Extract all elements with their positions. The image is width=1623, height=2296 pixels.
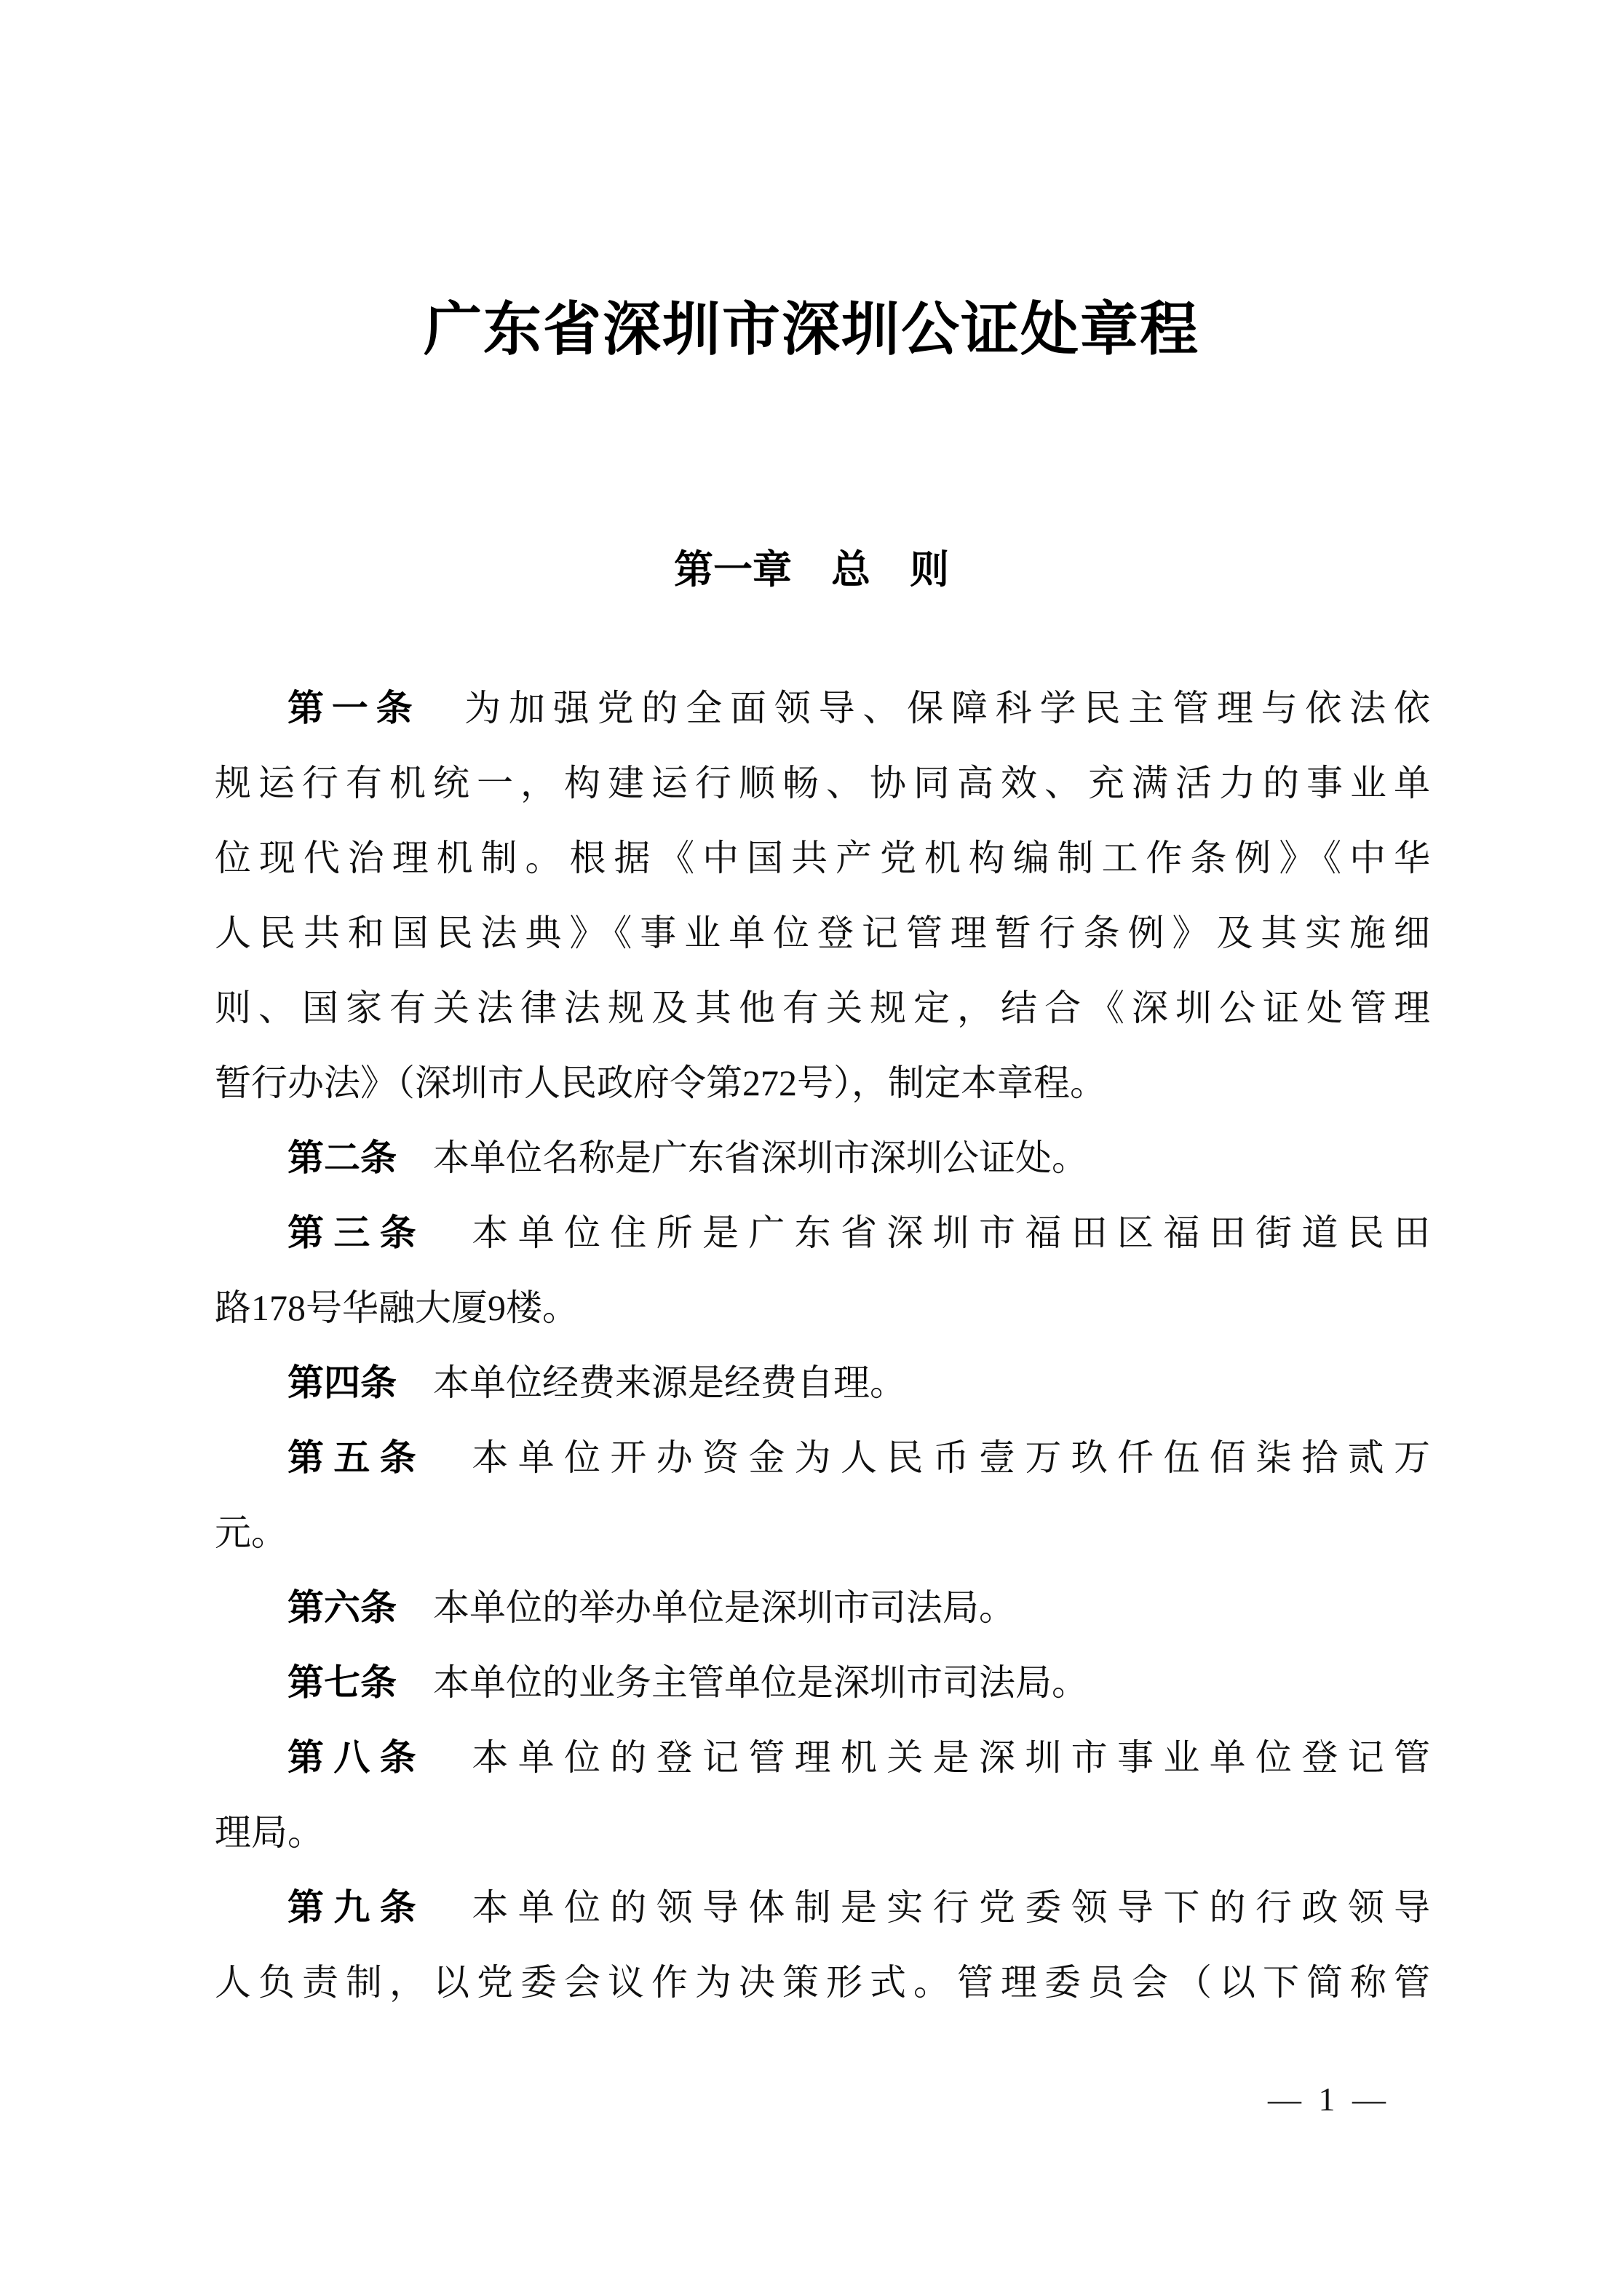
body-line: 则、国家有关法律法规及其他有关规定，结合《深圳公证处管理 — [215, 971, 1430, 1046]
body-line: 第一条为加强党的全面领导、保障科学民主管理与依法依 — [215, 671, 1430, 746]
article-number: 第七条 — [287, 1662, 397, 1703]
body-line: 第七条本单位的业务主管单位是深圳市司法局。 — [215, 1645, 1430, 1720]
body-line: 第八条本单位的登记管理机关是深圳市事业单位登记管 — [215, 1720, 1430, 1795]
article-number: 第三条 — [287, 1212, 426, 1253]
line-text: 本单位的领导体制是实行党委领导下的行政领导 — [462, 1887, 1430, 1928]
body-line: 暂行办法》（深圳市人民政府令第272号），制定本章程。 — [215, 1046, 1430, 1121]
line-text: 本单位的登记管理机关是深圳市事业单位登记管 — [462, 1737, 1430, 1778]
line-text: 位现代治理机制。根据《中国共产党机构编制工作条例》《中华 — [215, 838, 1430, 878]
body-line: 第二条本单位名称是广东省深圳市深圳公证处。 — [215, 1121, 1430, 1196]
body-line: 人负责制，以党委会议作为决策形式。管理委员会（以下简称管 — [215, 1945, 1430, 2020]
body-line: 第九条本单位的领导体制是实行党委领导下的行政领导 — [215, 1870, 1430, 1945]
article-number: 第二条 — [287, 1137, 397, 1178]
line-text: 元。 — [215, 1512, 287, 1553]
body-line: 规运行有机统一，构建运行顺畅、协同高效、充满活力的事业单 — [215, 746, 1430, 821]
body-line: 第四条本单位经费来源是经费自理。 — [215, 1346, 1430, 1421]
page-number: — 1 — — [1268, 2080, 1390, 2118]
article-number: 第四条 — [287, 1362, 397, 1403]
line-text: 为加强党的全面领导、保障科学民主管理与依法依 — [456, 688, 1430, 728]
line-text: 本单位的举办单位是深圳市司法局。 — [433, 1587, 1015, 1628]
article-number: 第一条 — [287, 688, 420, 728]
line-text: 人负责制，以党委会议作为决策形式。管理委员会（以下简称管 — [215, 1962, 1430, 2003]
document-page: 广东省深圳市深圳公证处章程 第一章 总 则 第一条为加强党的全面领导、保障科学民… — [0, 0, 1623, 2296]
document-title: 广东省深圳市深圳公证处章程 — [0, 282, 1623, 366]
article-number: 第五条 — [287, 1437, 426, 1478]
line-text: 本单位经费来源是经费自理。 — [433, 1362, 906, 1403]
body-line: 元。 — [215, 1495, 1430, 1570]
body-line: 理局。 — [215, 1795, 1430, 1870]
line-text: 规运行有机统一，构建运行顺畅、协同高效、充满活力的事业单 — [215, 763, 1430, 803]
article-number: 第六条 — [287, 1587, 397, 1628]
document-body: 第一条为加强党的全面领导、保障科学民主管理与依法依 规运行有机统一，构建运行顺畅… — [215, 671, 1430, 2020]
line-text: 暂行办法》（深圳市人民政府令第272号），制定本章程。 — [215, 1062, 1106, 1103]
line-text: 本单位开办资金为人民币壹万玖仟伍佰柒拾贰万 — [462, 1437, 1430, 1478]
body-line: 路178号华融大厦9楼。 — [215, 1271, 1430, 1346]
line-text: 人民共和国民法典》《事业单位登记管理暂行条例》及其实施细 — [215, 913, 1430, 953]
line-text: 本单位名称是广东省深圳市深圳公证处。 — [433, 1137, 1088, 1178]
line-text: 则、国家有关法律法规及其他有关规定，结合《深圳公证处管理 — [215, 988, 1430, 1028]
line-text: 理局。 — [215, 1812, 324, 1853]
article-number: 第八条 — [287, 1737, 426, 1778]
article-number: 第九条 — [287, 1887, 426, 1928]
body-line: 第三条本单位住所是广东省深圳市福田区福田街道民田 — [215, 1196, 1430, 1271]
body-line: 第五条本单位开办资金为人民币壹万玖仟伍佰柒拾贰万 — [215, 1421, 1430, 1495]
line-text: 路178号华融大厦9楼。 — [215, 1287, 579, 1328]
body-line: 第六条本单位的举办单位是深圳市司法局。 — [215, 1570, 1430, 1645]
line-text: 本单位的业务主管单位是深圳市司法局。 — [433, 1662, 1088, 1703]
line-text: 本单位住所是广东省深圳市福田区福田街道民田 — [462, 1212, 1430, 1253]
chapter-heading: 第一章 总 则 — [0, 539, 1623, 595]
body-line: 人民共和国民法典》《事业单位登记管理暂行条例》及其实施细 — [215, 896, 1430, 971]
body-line: 位现代治理机制。根据《中国共产党机构编制工作条例》《中华 — [215, 821, 1430, 896]
